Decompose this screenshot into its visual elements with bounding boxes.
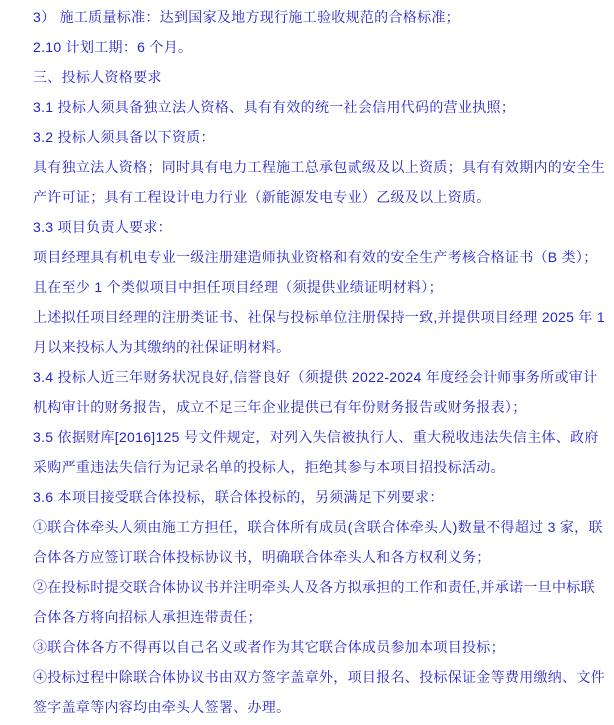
- text-line-consortium-item-2-cont: 合体各方将向招标人承担连带责任；: [33, 602, 594, 632]
- text-line-consortium-item-1: ①联合体牵头人须由施工方担任，联合体所有成员(含联合体牵头人)数量不得超过 3 …: [33, 512, 594, 542]
- document-page: 3） 施工质量标准：达到国家及地方现行施工验收规范的合格标准； 2.10 计划工…: [0, 0, 614, 725]
- text-line-3-4-cont-1: 机构审计的财务报告，成立不足三年企业提供已有年份财务报告或财务报表）；: [33, 392, 594, 422]
- text-line-3-4: 3.4 投标人近三年财务状况良好,信誉良好（须提供 2022-2024 年度经会…: [33, 362, 594, 392]
- text-line-3-1: 3.1 投标人须具备独立法人资格、具有有效的统一社会信用代码的营业执照；: [33, 92, 594, 122]
- text-line-3-2-cont-1: 具有独立法人资格；同时具有电力工程施工总承包贰级及以上资质；具有有效期内的安全生: [33, 152, 594, 182]
- text-line-3-3-cont-1: 项目经理具有机电专业一级注册建造师执业资格和有效的安全生产考核合格证书（B 类）…: [33, 242, 594, 272]
- text-line-3-3-cont-3: 上述拟任项目经理的注册类证书、社保与投标单位注册保持一致,并提供项目经理 202…: [33, 302, 594, 332]
- text-line-3-3: 3.3 项目负责人要求：: [33, 212, 594, 242]
- text-line-consortium-item-4: ④投标过程中除联合体协议书由双方签字盖章外，项目报名、投标保证金等费用缴纳、文件: [33, 662, 594, 692]
- text-line-3-6: 3.6 本项目接受联合体投标，联合体投标的，另须满足下列要求：: [33, 482, 594, 512]
- text-line-consortium-item-4-cont: 签字盖章等内容均由牵头人签署、办理。: [33, 692, 594, 722]
- text-line-construction-quality-standard: 3） 施工质量标准：达到国家及地方现行施工验收规范的合格标准；: [33, 2, 594, 32]
- text-line-consortium-item-3: ③联合体各方不得再以自己名义或者作为其它联合体成员参加本项目投标；: [33, 632, 594, 662]
- section-heading-bidder-qualification: 三、投标人资格要求: [33, 62, 594, 92]
- document-body: 3） 施工质量标准：达到国家及地方现行施工验收规范的合格标准； 2.10 计划工…: [33, 2, 594, 722]
- text-line-3-3-cont-4: 月以来投标人为其缴纳的社保证明材料。: [33, 332, 594, 362]
- text-line-3-5-cont-1: 采购严重违法失信行为记录名单的投标人，拒绝其参与本项目招投标活动。: [33, 452, 594, 482]
- text-line-planned-duration: 2.10 计划工期：6 个月。: [33, 32, 594, 62]
- text-line-3-3-cont-2: 且在至少 1 个类似项目中担任项目经理（须提供业绩证明材料）；: [33, 272, 594, 302]
- text-line-3-5: 3.5 依据财库[2016]125 号文件规定，对列入失信被执行人、重大税收违法…: [33, 422, 594, 452]
- text-line-consortium-item-2: ②在投标时提交联合体协议书并注明牵头人及各方拟承担的工作和责任,并承诺一旦中标联: [33, 572, 594, 602]
- text-line-3-2-cont-2: 产许可证；具有工程设计电力行业（新能源发电专业）乙级及以上资质。: [33, 182, 594, 212]
- text-line-consortium-item-1-cont: 合体各方应签订联合体投标协议书，明确联合体牵头人和各方权利义务；: [33, 542, 594, 572]
- text-line-3-2: 3.2 投标人须具备以下资质：: [33, 122, 594, 152]
